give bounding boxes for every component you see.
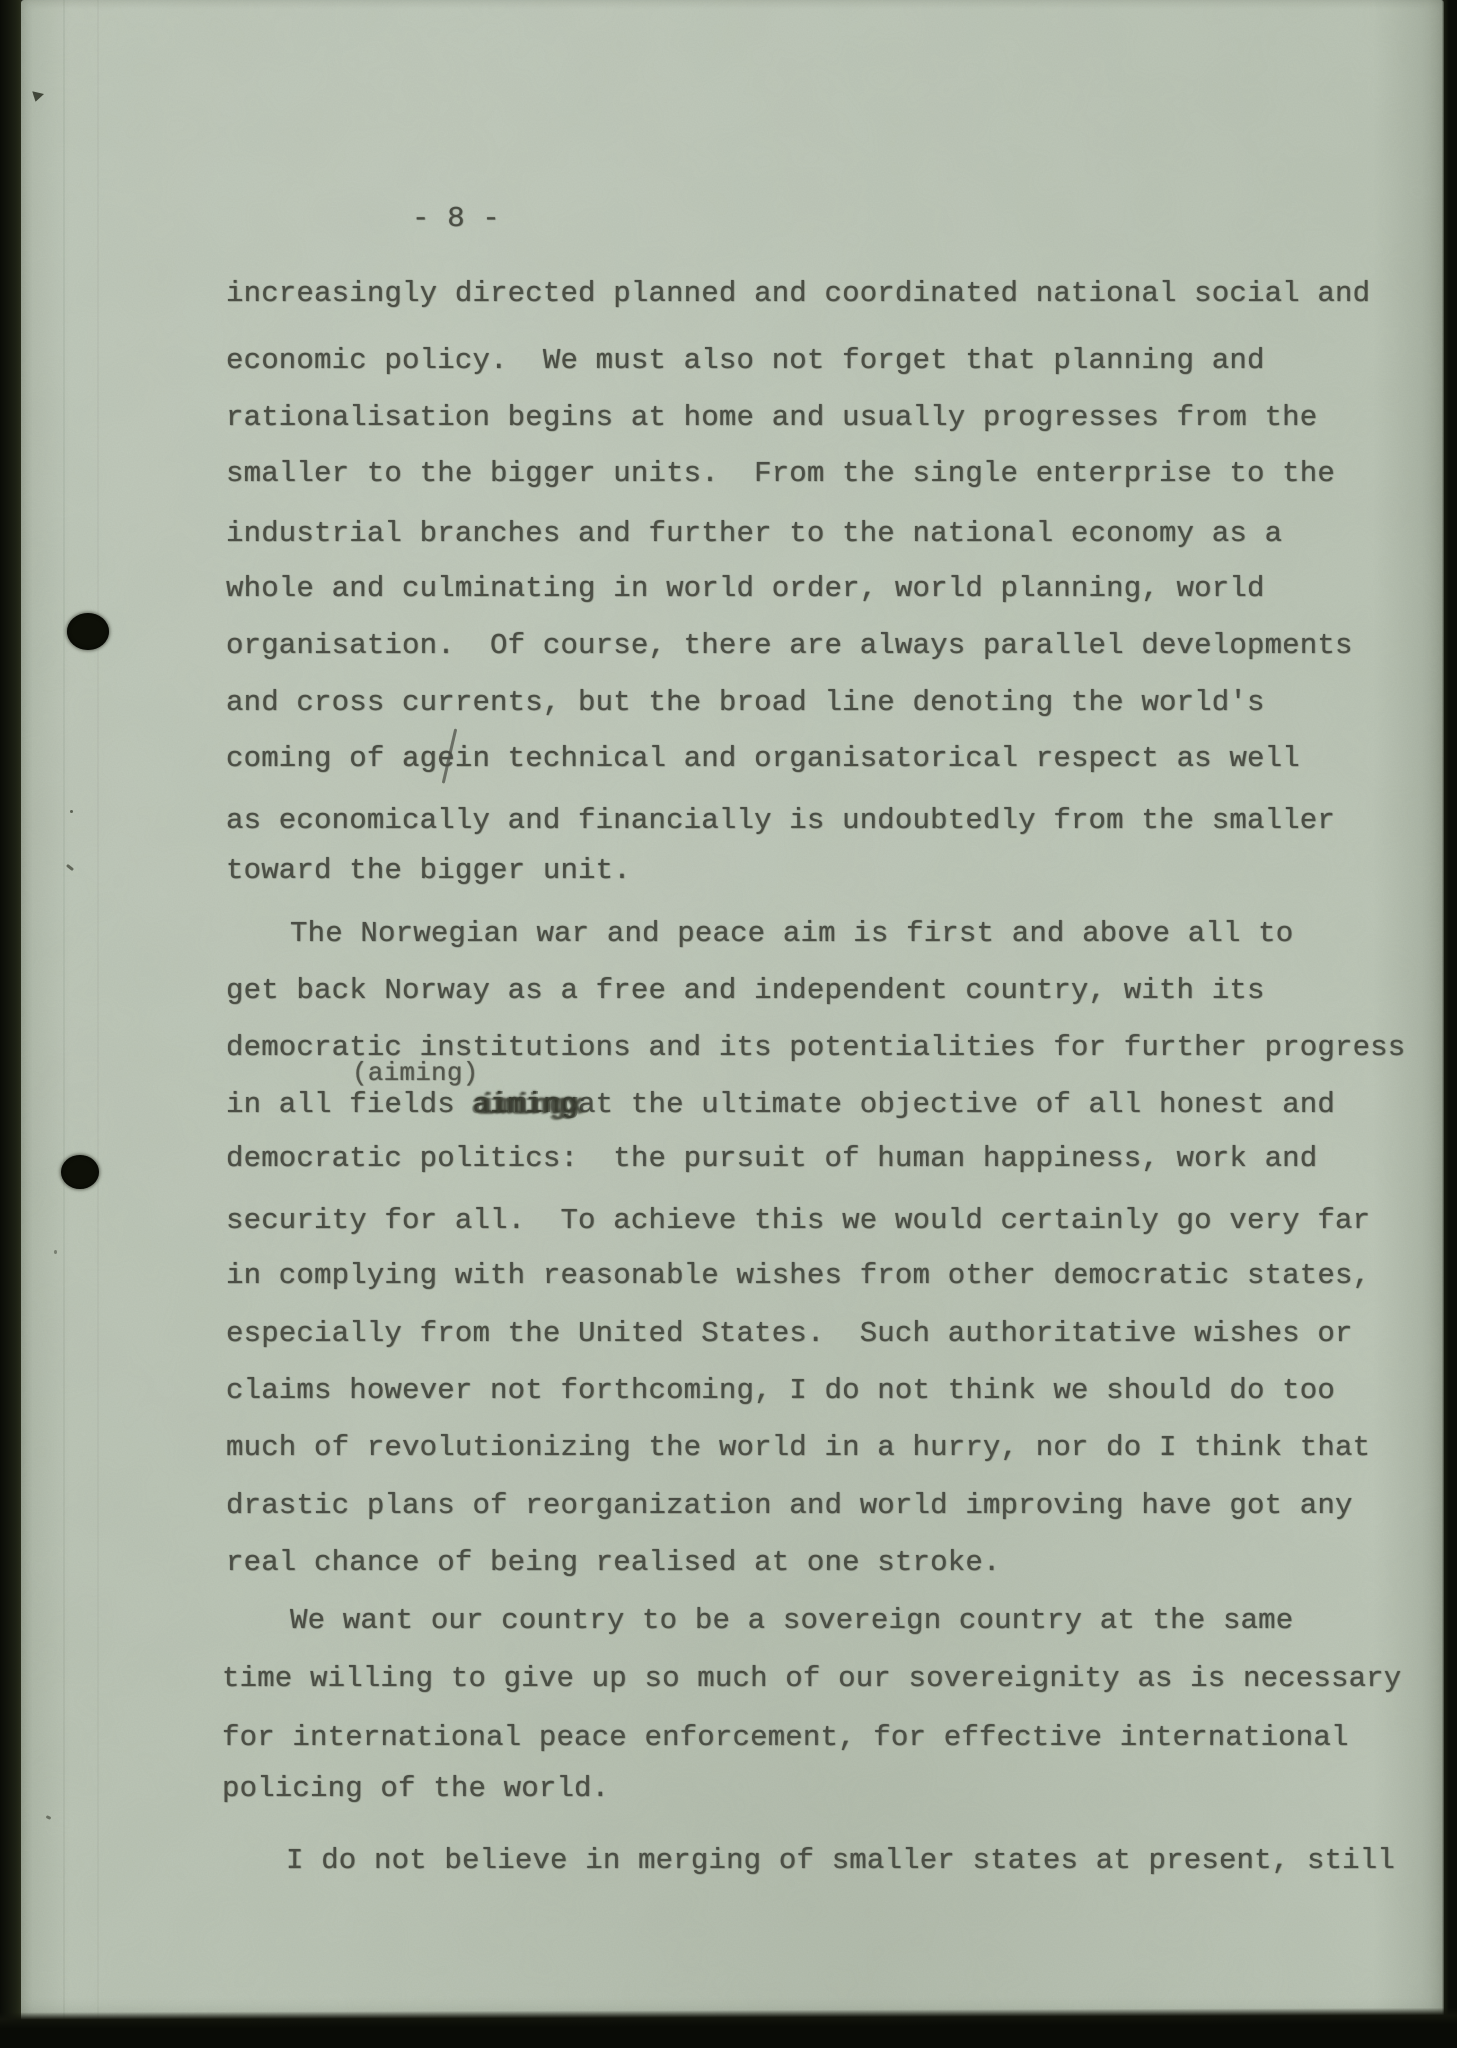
text-line: policing of the world.: [222, 1774, 609, 1804]
text-line: coming of agein technical and organisato…: [226, 744, 1300, 774]
document-scan: - 8 - increasingly directed planned and …: [0, 0, 1457, 2048]
text-line: industrial branches and further to the n…: [226, 519, 1282, 549]
text-line: increasingly directed planned and coordi…: [226, 279, 1370, 309]
text-line: The Norwegian war and peace aim is first…: [290, 919, 1293, 949]
text-line: for international peace enforcement, for…: [222, 1723, 1349, 1753]
text-line: security for all. To achieve this we wou…: [226, 1206, 1370, 1236]
overstruck-word: aiming: [472, 1090, 578, 1120]
typewritten-text: - 8 - increasingly directed planned and …: [0, 0, 1457, 2021]
text-line: drastic plans of reorganization and worl…: [226, 1491, 1353, 1521]
text-line: economic policy. We must also not forget…: [226, 346, 1265, 376]
typed-insertion-note: (aiming): [352, 1058, 478, 1088]
text-line: smaller to the bigger units. From the si…: [226, 459, 1335, 489]
text-line: time willing to give up so much of our s…: [222, 1664, 1401, 1694]
text-line: We want our country to be a sovereign co…: [290, 1606, 1293, 1636]
text-line: democratic politics: the pursuit of huma…: [226, 1144, 1317, 1174]
slash-corrected-word: in: [455, 744, 490, 774]
text-line: especially from the United States. Such …: [226, 1319, 1353, 1349]
text-line: organisation. Of course, there are alway…: [226, 631, 1353, 661]
text-line: rationalisation begins at home and usual…: [226, 403, 1317, 433]
text-line: as economically and financially is undou…: [226, 806, 1335, 836]
page-number: - 8 -: [412, 204, 500, 234]
text-line: much of revolutionizing the world in a h…: [226, 1433, 1370, 1463]
text-line: real chance of being realised at one str…: [226, 1548, 1001, 1578]
text-line: I do not believe in merging of smaller s…: [286, 1846, 1395, 1876]
text-line: claims however not forthcoming, I do not…: [226, 1376, 1335, 1406]
text-line: and cross currents, but the broad line d…: [226, 688, 1265, 718]
text-line: whole and culminating in world order, wo…: [226, 574, 1265, 604]
text-line: in complying with reasonable wishes from…: [226, 1261, 1370, 1291]
text-line: in all fields aimingat the ultimate obje…: [226, 1090, 1335, 1120]
text-line: get back Norway as a free and independen…: [226, 976, 1265, 1006]
text-line: toward the bigger unit.: [226, 856, 631, 886]
